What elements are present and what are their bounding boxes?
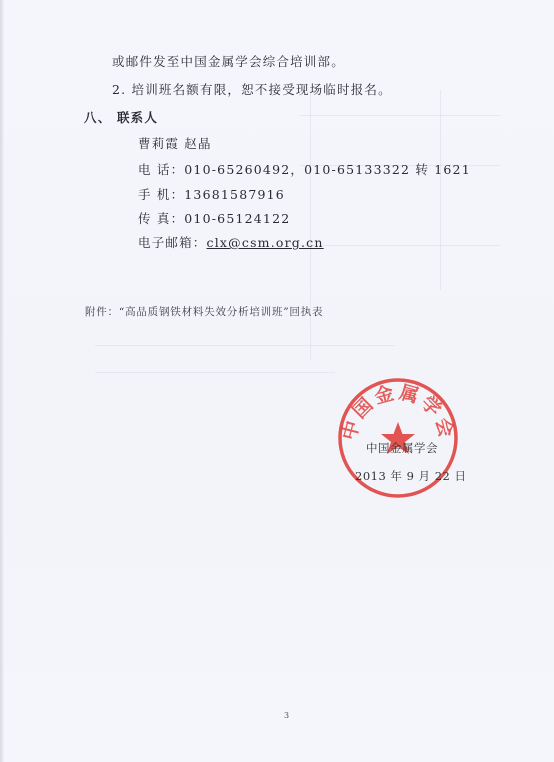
phone-value: 010-65260492，010-65133322 转 1621 (184, 162, 471, 177)
bleed-through-line (440, 90, 442, 290)
mobile-label: 手 机： (138, 187, 184, 202)
bleed-through-line (300, 115, 500, 117)
email-row: 电子邮箱：clx@csm.org.cn (138, 233, 324, 251)
signature-date: 2013 年 9 月 22 日 (355, 468, 467, 484)
document-page: 或邮件发至中国金属学会综合培训部。 2. 培训班名额有限，恕不接受现场临时报名。… (0, 0, 554, 762)
fax-row: 传 真：010-65124122 (138, 209, 290, 227)
phone-row: 电 话：010-65260492，010-65133322 转 1621 (138, 160, 471, 178)
mobile-row: 手 机：13681587916 (138, 185, 285, 203)
attachment-note: 附件：“高品质钢铁材料失效分析培训班”回执表 (85, 304, 323, 319)
fax-value: 010-65124122 (184, 211, 290, 226)
section-heading-contacts: 八、 联系人 (84, 108, 158, 126)
signature-organization: 中国金属学会 (366, 440, 438, 456)
note-2: 2. 培训班名额有限，恕不接受现场临时报名。 (112, 80, 392, 98)
bleed-through-line (310, 90, 312, 360)
mobile-value: 13681587916 (184, 187, 285, 202)
scan-edge (0, 0, 4, 762)
page-number: 3 (284, 711, 289, 720)
fax-label: 传 真： (138, 211, 184, 226)
email-label: 电子邮箱： (138, 235, 207, 250)
contact-names: 曹莉霞 赵晶 (138, 134, 212, 152)
email-link[interactable]: clx@csm.org.cn (207, 235, 324, 250)
bleed-through-line (300, 245, 500, 247)
bleed-through-line (95, 345, 395, 347)
bleed-through-line (95, 372, 335, 374)
phone-label: 电 话： (138, 162, 184, 177)
submit-line: 或邮件发至中国金属学会综合培训部。 (112, 52, 345, 70)
